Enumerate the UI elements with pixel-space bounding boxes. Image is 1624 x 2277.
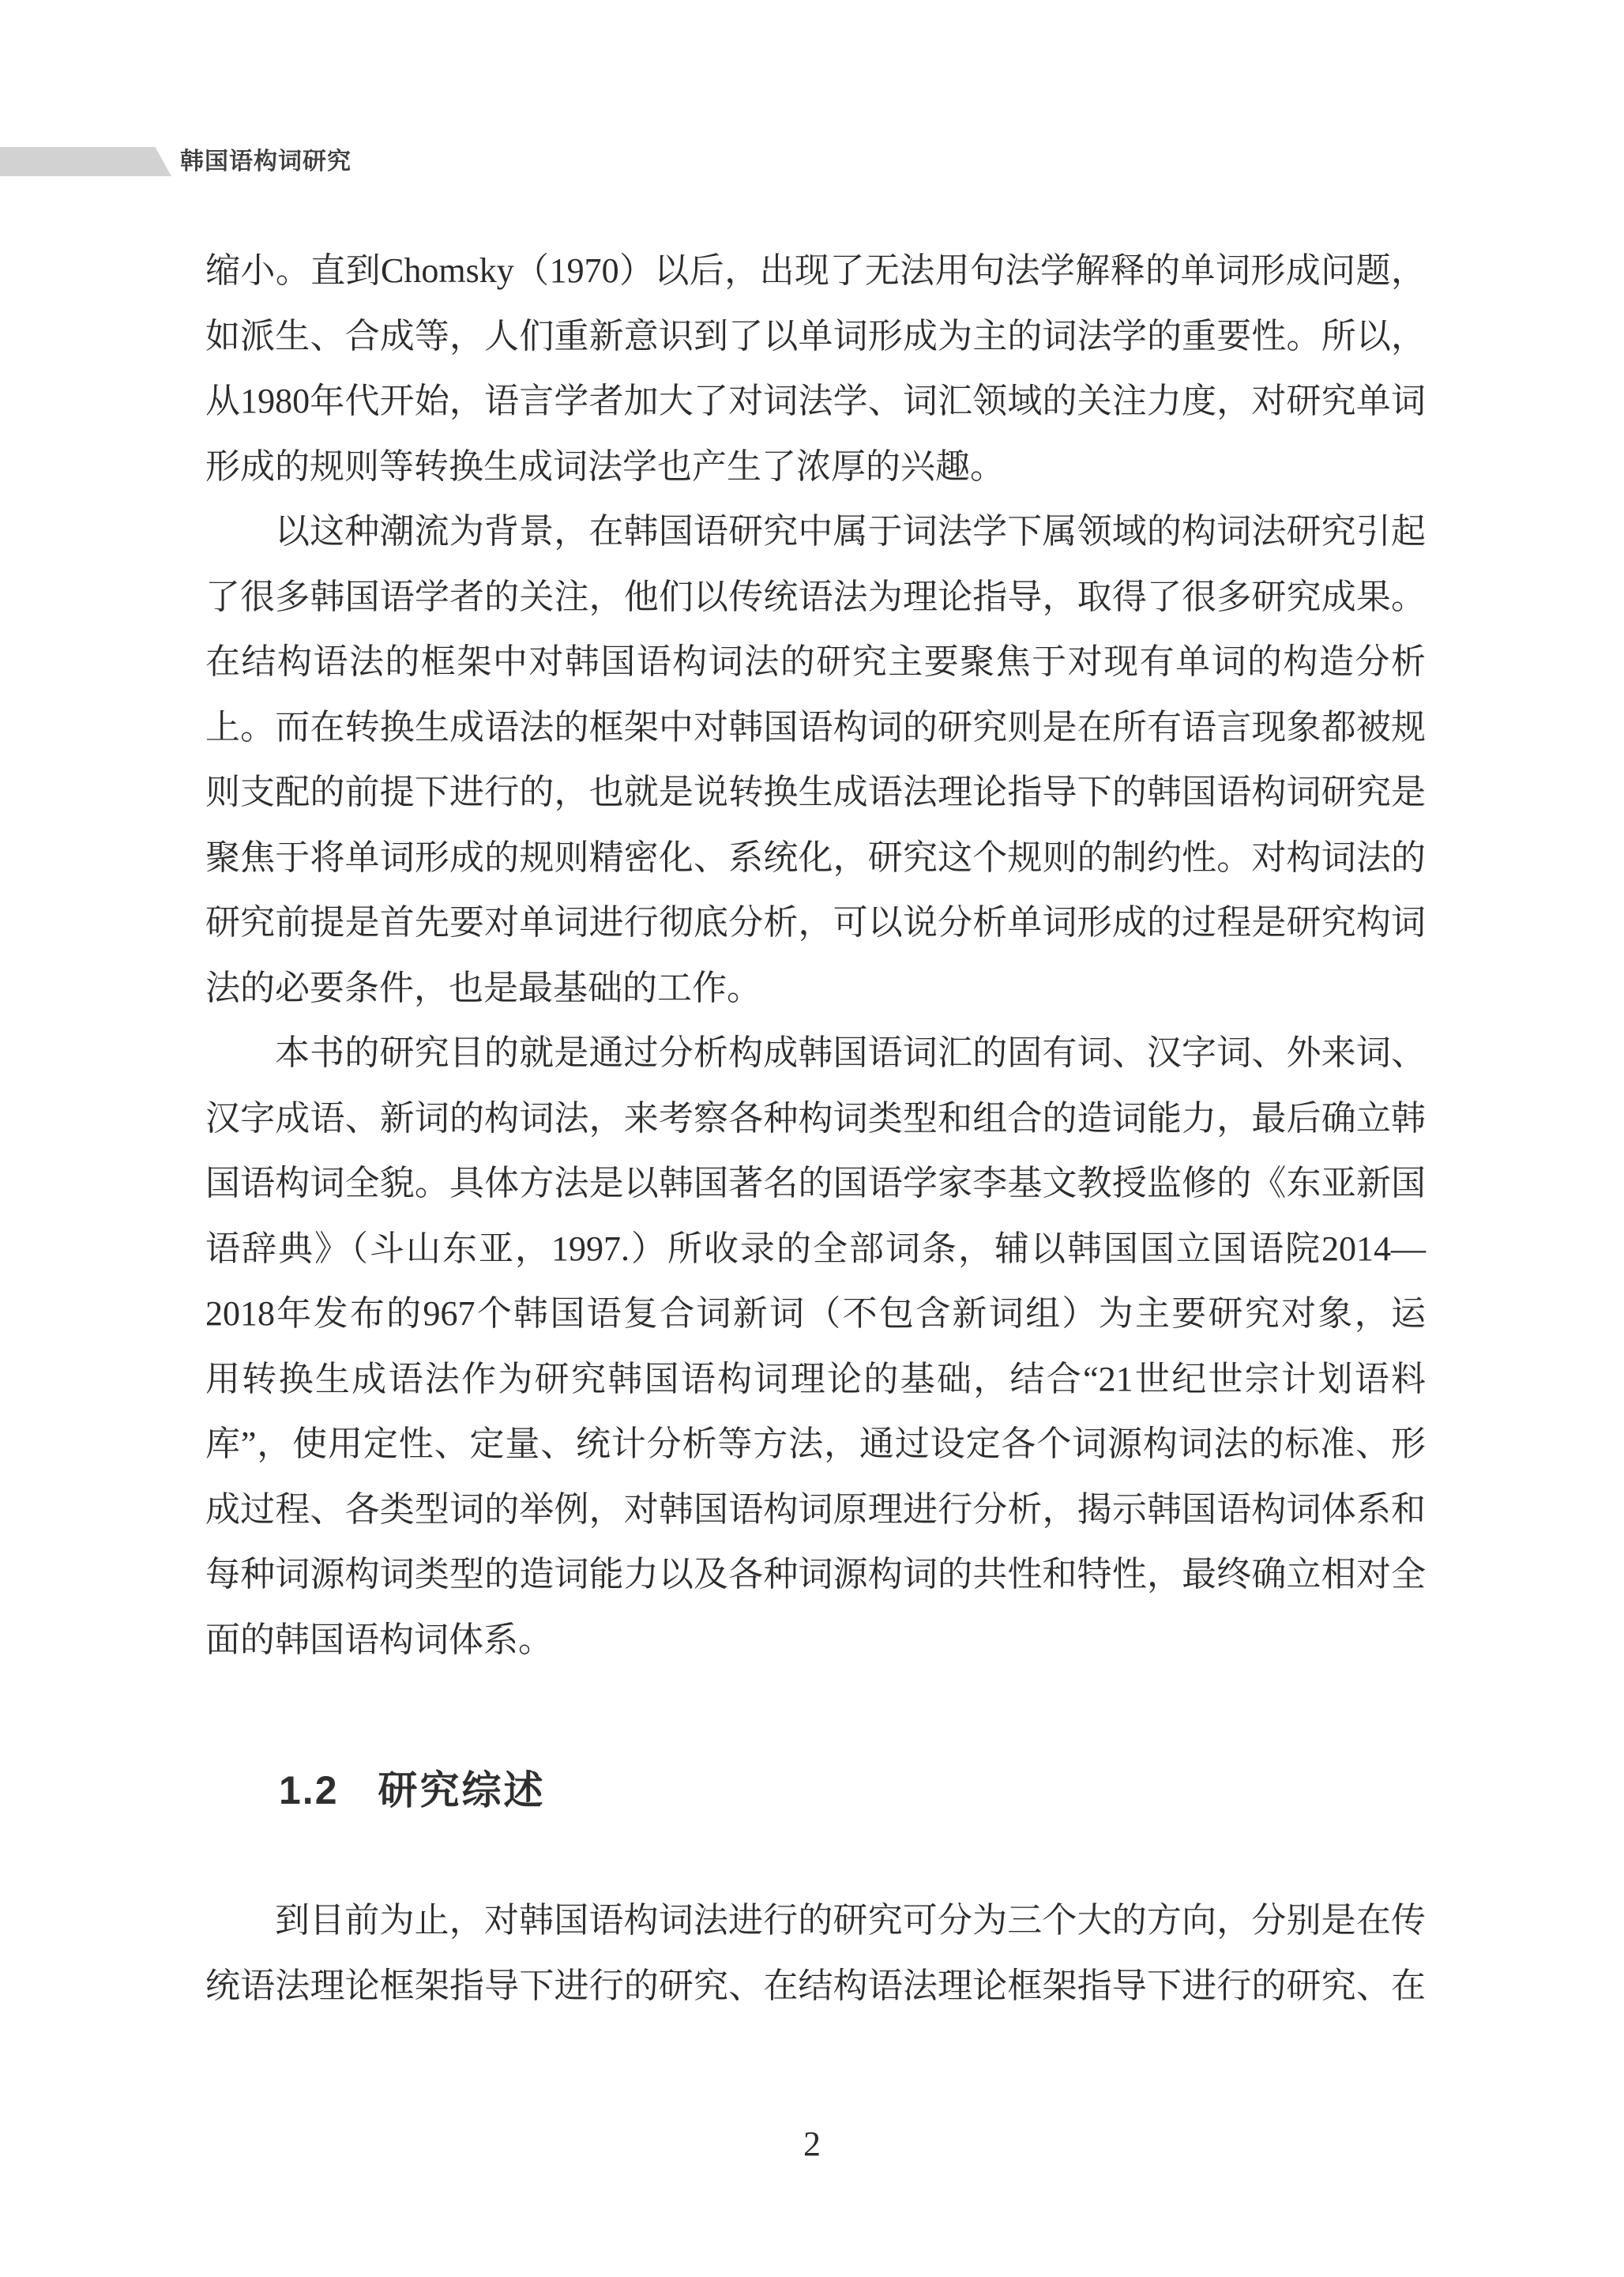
running-header-title: 韩国语构词研究: [180, 147, 351, 176]
page-number: 2: [0, 2124, 1624, 2164]
paragraph: 缩小。直到Chomsky（1970）以后，出现了无法用句法学解释的单词形成问题，…: [205, 239, 1426, 499]
text-line: 聚焦于将单词形成的规则精密化、系统化，研究这个规则的制约性。对构词法的: [205, 826, 1426, 891]
text-line: 成过程、各类型词的举例，对韩国语构词原理进行分析，揭示韩国语构词体系和: [205, 1477, 1426, 1543]
text-line: 面的韩国语构词体系。: [205, 1608, 1426, 1673]
text-line: 从1980年代开始，语言学者加大了对词法学、词汇领域的关注力度，对研究单词: [205, 369, 1426, 435]
text-line: 以这种潮流为背景，在韩国语研究中属于词法学下属领域的构词法研究引起: [205, 499, 1426, 565]
text-line: 每种词源构词类型的造词能力以及各种词源构词的共性和特性，最终确立相对全: [205, 1542, 1426, 1608]
header-decoration-bar: [0, 147, 171, 176]
text-line: 用转换生成语法作为研究韩国语构词理论的基础，结合“21世纪世宗计划语料: [205, 1347, 1426, 1413]
text-line: 在结构语法的框架中对韩国语构词法的研究主要聚焦于对现有单词的构造分析: [205, 630, 1426, 695]
text-line: 研究前提是首先要对单词进行彻底分析，可以说分析单词形成的过程是研究构词: [205, 890, 1426, 956]
text-line: 上。而在转换生成语法的框架中对韩国语构词的研究则是在所有语言现象都被规: [205, 695, 1426, 761]
text-line: 语辞典》（斗山东亚，1997.）所收录的全部词条，辅以韩国国立国语院2014—: [205, 1217, 1426, 1282]
text-line: 国语构词全貌。具体方法是以韩国著名的国语学家李基文教授监修的《东亚新国: [205, 1151, 1426, 1217]
section-heading-number: 1.2: [279, 1758, 339, 1823]
paragraph: 以这种潮流为背景，在韩国语研究中属于词法学下属领域的构词法研究引起了很多韩国语学…: [205, 499, 1426, 1021]
text-line: 2018年发布的967个韩国语复合词新词（不包含新词组）为主要研究对象，运: [205, 1282, 1426, 1347]
book-page: 韩国语构词研究 缩小。直到Chomsky（1970）以后，出现了无法用句法学解释…: [0, 0, 1624, 2277]
text-line: 到目前为止，对韩国语构词法进行的研究可分为三个大的方向，分别是在传: [205, 1888, 1426, 1954]
text-line: 形成的规则等转换生成词法学也产生了浓厚的兴趣。: [205, 435, 1426, 500]
text-line: 如派生、合成等，人们重新意识到了以单词形成为主的词法学的重要性。所以，: [205, 304, 1426, 370]
text-line: 了很多韩国语学者的关注，他们以传统语法为理论指导，取得了很多研究成果。: [205, 565, 1426, 630]
paragraph: 到目前为止，对韩国语构词法进行的研究可分为三个大的方向，分别是在传统语法理论框架…: [205, 1888, 1426, 2019]
text-line: 则支配的前提下进行的，也就是说转换生成语法理论指导下的韩国语构词研究是: [205, 760, 1426, 826]
text-line: 缩小。直到Chomsky（1970）以后，出现了无法用句法学解释的单词形成问题，: [205, 239, 1426, 304]
text-line: 统语法理论框架指导下进行的研究、在结构语法理论框架指导下进行的研究、在: [205, 1954, 1426, 2019]
text-line: 法的必要条件，也是最基础的工作。: [205, 956, 1426, 1022]
text-line: 库”，使用定性、定量、统计分析等方法，通过设定各个词源构词法的标准、形: [205, 1412, 1426, 1477]
document-body: 缩小。直到Chomsky（1970）以后，出现了无法用句法学解释的单词形成问题，…: [205, 239, 1426, 2019]
section-heading-title: 研究综述: [378, 1758, 546, 1823]
paragraph: 本书的研究目的就是通过分析构成韩国语词汇的固有词、汉字词、外来词、汉字成语、新词…: [205, 1021, 1426, 1673]
text-line: 汉字成语、新词的构词法，来考察各种构词类型和组合的造词能力，最后确立韩: [205, 1086, 1426, 1152]
section-heading: 1.2研究综述: [205, 1758, 1426, 1823]
text-line: 本书的研究目的就是通过分析构成韩国语词汇的固有词、汉字词、外来词、: [205, 1021, 1426, 1086]
